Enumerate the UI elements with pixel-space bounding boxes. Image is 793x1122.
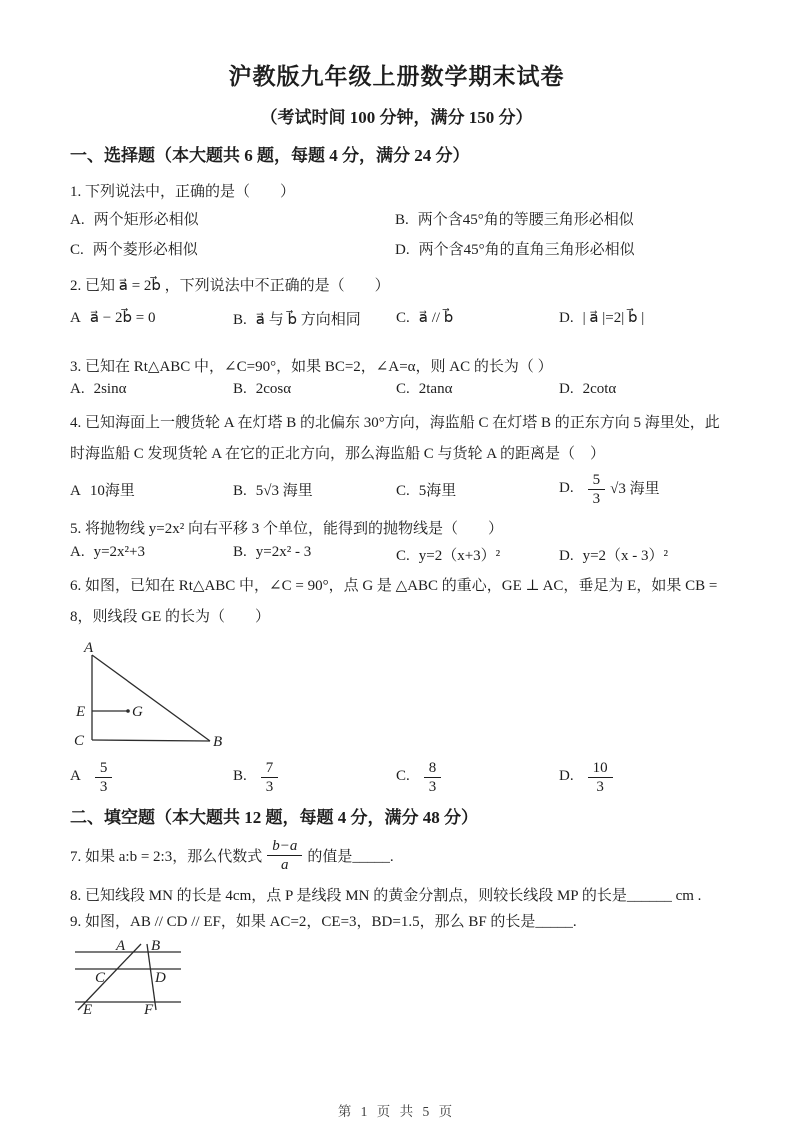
question-3-stem: 3. 已知在 Rt△ABC 中，∠C=90°，如果 BC=2，∠A=α，则 AC… [70,352,733,382]
option-6b-label: B. [233,768,247,784]
option-3c-label: C. [396,381,410,397]
option-3b: B.2cosα [233,381,396,398]
option-2d-label: D. [559,310,574,326]
vertex-label-a: A [83,640,94,656]
option-6d-label: D. [559,768,574,784]
question-7-pre-text: 7. 如果 a:b = 2:3，那么代数式 [70,845,262,866]
option-2b: B.a⃗ 与 b⃗ 方向相同 [233,308,396,329]
option-5b-label: B. [233,544,247,560]
fraction-denominator: 3 [261,778,279,796]
vertex-label-c: C [74,733,85,749]
option-1b-label: B. [395,212,409,228]
section-1-heading: 一、选择题（本大题共 6 题，每题 4 分，满分 24 分） [70,141,770,166]
option-4d-fraction: 53 [588,471,606,508]
option-6a-fraction: 53 [95,759,113,796]
fraction-numerator: 10 [588,759,613,778]
point-label-e: E [75,704,85,720]
option-4b-text: 5√3 海里 [256,483,313,499]
option-2c-label: C. [396,310,410,326]
option-3d: D.2cotα [559,381,722,398]
point-label-b: B [151,938,160,954]
option-5b: B.y=2x² - 3 [233,544,396,565]
option-1c-label: C. [70,242,84,258]
fraction-denominator: 3 [95,778,113,796]
option-1a-text: 两个矩形必相似 [94,212,199,228]
option-6c-label: C. [396,768,410,784]
option-2b-label: B. [233,312,247,328]
exam-page: 沪教版九年级上册数学期末试卷 （考试时间 100 分钟，满分 150 分） 一、… [0,0,793,1122]
option-2c-text: a⃗ // b⃗ [419,310,454,326]
question-9-stem: 9. 如图，AB // CD // EF，如果 AC=2，CE=3，BD=1.5… [70,907,733,937]
option-1d-label: D. [395,242,410,258]
option-6a-label: A [70,768,81,784]
option-2c: C.a⃗ // b⃗ [396,308,559,329]
option-4b: B.5√3 海里 [233,479,396,500]
question-2-stem: 2. 已知 a⃗ = 2b⃗ ，下列说法中不正确的是（ ） [70,271,733,301]
option-2a: Aa⃗ − 2b⃗ = 0 [70,308,233,329]
option-3a: A.2sinα [70,381,233,398]
fraction-numerator: 7 [261,759,279,778]
fraction-denominator: 3 [588,778,613,796]
question-4-options-row: A10海里 B.5√3 海里 C.5海里 D.53√3 海里 [70,466,733,512]
fraction-numerator: 5 [588,471,606,490]
option-5c-text: y=2（x+3）² [419,548,500,564]
option-5c: C.y=2（x+3）² [396,544,559,565]
point-label-e: E [82,1002,92,1018]
question-1-options-row-1: A.两个矩形必相似 B.两个含45°角的等腰三角形必相似 [70,208,733,229]
option-5a: A.y=2x²+3 [70,544,233,565]
option-3d-label: D. [559,381,574,397]
option-6d-fraction: 103 [588,759,613,796]
option-3a-label: A. [70,381,85,397]
option-1b-text: 两个含45°角的等腰三角形必相似 [418,212,634,228]
option-3c: C.2tanα [396,381,559,398]
page-footer: 第 1 页 共 5 页 [0,1100,793,1120]
option-1a: A.两个矩形必相似 [70,208,395,229]
point-label-f: F [143,1002,154,1018]
option-1b: B.两个含45°角的等腰三角形必相似 [395,208,720,229]
option-2a-label: A [70,310,81,326]
question-3-options-row: A.2sinα B.2cosα C.2tanα D.2cotα [70,381,733,398]
option-5d-label: D. [559,548,574,564]
option-5a-text: y=2x²+3 [94,544,145,560]
option-4d: D.53√3 海里 [559,471,722,508]
option-4c: C.5海里 [396,479,559,500]
option-3d-text: 2cotα [583,381,617,397]
option-5d: D.y=2（x - 3）² [559,544,722,565]
option-1c-text: 两个菱形必相似 [93,242,198,258]
fraction-numerator: 8 [424,759,442,778]
option-4c-label: C. [396,483,410,499]
fraction-denominator: 3 [588,490,606,508]
page-title: 沪教版九年级上册数学期末试卷 [0,58,793,91]
option-6d: D.103 [559,759,722,796]
point-label-c: C [95,970,106,986]
question-7-stem: 7. 如果 a:b = 2:3，那么代数式 b−aa 的值是_____. [70,830,394,880]
option-1c: C.两个菱形必相似 [70,238,395,259]
option-5c-label: C. [396,548,410,564]
question-5-stem: 5. 将抛物线 y=2x² 向右平移 3 个单位，能得到的抛物线是（ ） [70,514,733,544]
option-1d: D.两个含45°角的直角三角形必相似 [395,238,720,259]
question-1-options-row-2: C.两个菱形必相似 D.两个含45°角的直角三角形必相似 [70,238,733,259]
option-3b-text: 2cosα [256,381,291,397]
question-1-stem: 1. 下列说法中，正确的是（ ） [70,177,733,207]
centroid-point-g [126,709,130,713]
question-6-options-row: A53 B.73 C.83 D.103 [70,752,733,802]
parallel-lines-figure: A B C D E F [55,936,205,1024]
question-7-fraction: b−aa [267,837,302,874]
option-4d-text: √3 海里 [610,480,659,496]
question-7-post-text: 的值是_____. [307,845,393,866]
option-6c: C.83 [396,759,559,796]
fraction-denominator: 3 [424,778,442,796]
section-2-heading: 二、填空题（本大题共 12 题，每题 4 分，满分 48 分） [70,803,770,828]
option-1a-label: A. [70,212,85,228]
option-4b-label: B. [233,483,247,499]
question-4-stem: 4. 已知海面上一艘货轮 A 在灯塔 B 的北偏东 30°方向，海监船 C 在灯… [70,408,733,470]
option-2b-text: a⃗ 与 b⃗ 方向相同 [256,312,361,328]
option-3b-label: B. [233,381,247,397]
option-6c-fraction: 83 [424,759,442,796]
vertex-label-b: B [213,734,222,750]
option-4a: A10海里 [70,479,233,500]
fraction-numerator: b−a [267,837,302,856]
fraction-denominator: a [267,856,302,874]
option-4a-text: 10海里 [90,483,135,499]
option-2d-text: | a⃗ |=2| b⃗ | [583,310,645,326]
question-6-stem: 6. 如图，已知在 Rt△ABC 中，∠C = 90°，点 G 是 △ABC 的… [70,571,733,633]
option-6b-fraction: 73 [261,759,279,796]
exam-time-score-subtitle: （考试时间 100 分钟，满分 150 分） [0,103,793,128]
point-label-a: A [115,938,126,954]
option-5d-text: y=2（x - 3）² [583,548,668,564]
question-5-options-row: A.y=2x²+3 B.y=2x² - 3 C.y=2（x+3）² D.y=2（… [70,544,733,565]
point-label-g: G [132,704,143,720]
question-2-options-row: Aa⃗ − 2b⃗ = 0 B.a⃗ 与 b⃗ 方向相同 C.a⃗ // b⃗ … [70,308,733,329]
option-1d-text: 两个含45°角的直角三角形必相似 [419,242,635,258]
option-4a-label: A [70,483,81,499]
option-6a: A53 [70,759,233,796]
option-3c-text: 2tanα [419,381,453,397]
option-3a-text: 2sinα [94,381,127,397]
right-triangle-centroid-figure: A B C E G [58,638,228,756]
option-5b-text: y=2x² - 3 [256,544,311,560]
option-4d-label: D. [559,480,574,496]
fraction-numerator: 5 [95,759,113,778]
option-4c-text: 5海里 [419,483,457,499]
point-label-d: D [154,970,166,986]
option-6b: B.73 [233,759,396,796]
option-2a-text: a⃗ − 2b⃗ = 0 [90,310,156,326]
option-2d: D.| a⃗ |=2| b⃗ | [559,308,722,329]
option-5a-label: A. [70,544,85,560]
